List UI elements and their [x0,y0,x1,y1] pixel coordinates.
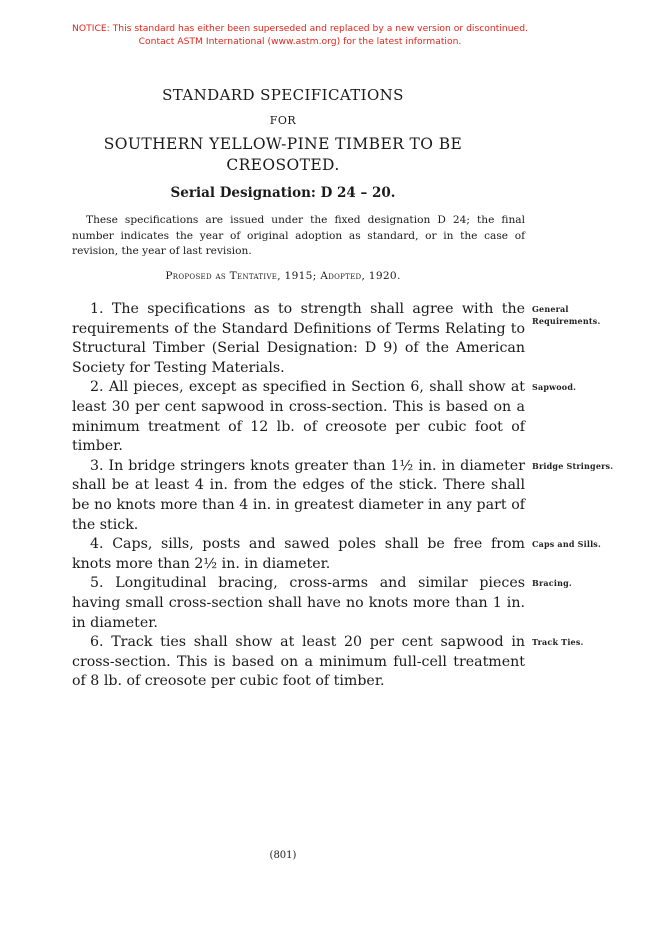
section-text: 3. In bridge stringers knots greater tha… [72,457,525,535]
section-text: 6. Track ties shall show at least 20 per… [72,633,525,692]
side-heading: General Requirements. [532,303,600,327]
notice-line-1: NOTICE: This standard has either been su… [0,22,600,35]
side-heading: Caps and Sills. [532,538,601,550]
section-6: 6. Track ties shall show at least 20 per… [72,633,525,692]
section-2: 2. All pieces, except as specified in Se… [72,378,525,456]
serial-designation: Serial Designation: D 24 – 20. [0,185,566,201]
superseded-notice: NOTICE: This standard has either been su… [0,22,600,48]
side-heading: Bridge Stringers. [532,460,613,472]
intro-text: These specifications are issued under th… [72,213,525,260]
intro-note: These specifications are issued under th… [72,213,525,260]
document-subject: SOUTHERN YELLOW-PINE TIMBER TO BE CREOSO… [0,134,566,176]
side-heading: Track Ties. [532,636,584,648]
section-5: 5. Longitudinal bracing, cross-arms and … [72,574,525,633]
page-number: (801) [0,850,566,861]
side-heading: Sapwood. [532,381,576,393]
title-for: FOR [0,114,566,127]
section-1: 1. The specifications as to strength sha… [72,300,525,378]
section-text: 5. Longitudinal bracing, cross-arms and … [72,574,525,633]
section-3: 3. In bridge stringers knots greater tha… [72,457,525,535]
document-title: STANDARD SPECIFICATIONS [0,86,566,104]
adoption-history: Proposed as Tentative, 1915; Adopted, 19… [0,270,566,282]
notice-line-2: Contact ASTM International (www.astm.org… [0,35,600,48]
section-text: 4. Caps, sills, posts and sawed poles sh… [72,535,525,574]
specification-sections: 1. The specifications as to strength sha… [72,300,525,692]
section-text: 1. The specifications as to strength sha… [72,300,525,378]
subject-line-1: SOUTHERN YELLOW-PINE TIMBER TO BE [0,134,566,155]
side-heading: Bracing. [532,577,572,589]
section-4: 4. Caps, sills, posts and sawed poles sh… [72,535,525,574]
section-text: 2. All pieces, except as specified in Se… [72,378,525,456]
subject-line-2: CREOSOTED. [0,155,566,176]
